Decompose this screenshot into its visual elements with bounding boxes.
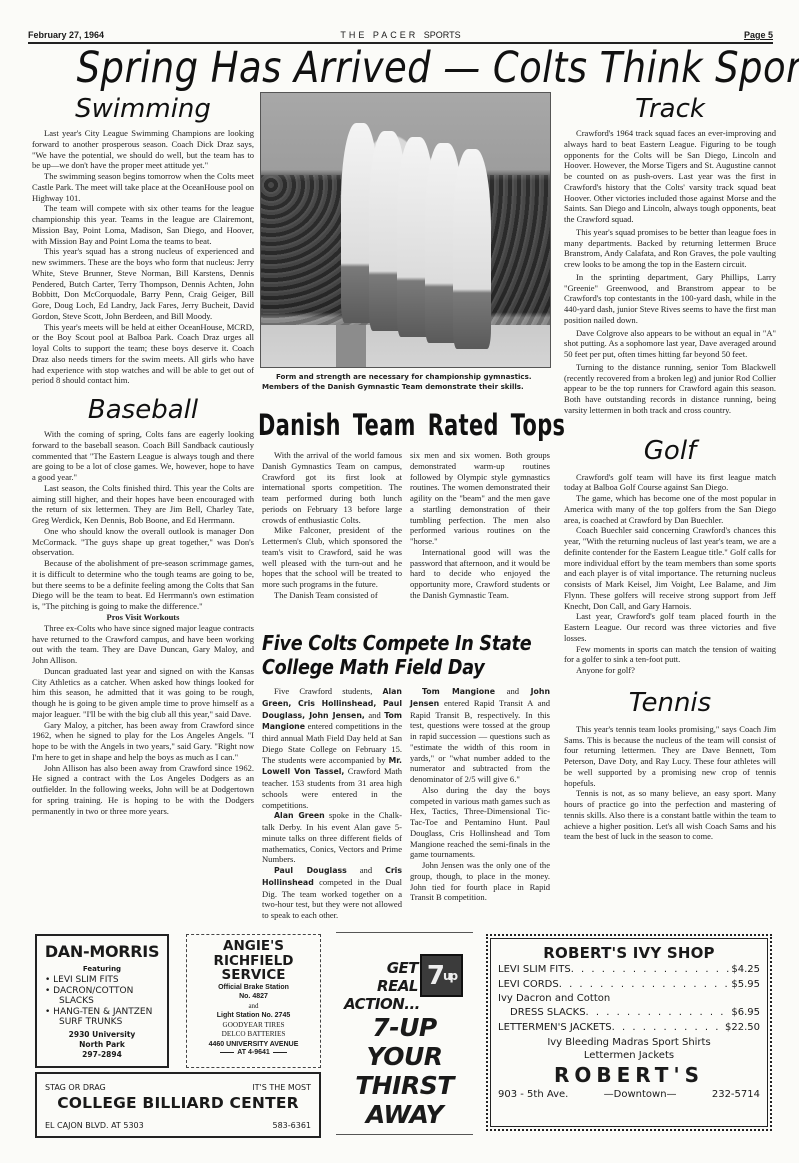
paragraph: Turning to the distance running, senior … <box>564 362 776 416</box>
math-headline: Five Colts Compete In State College Math… <box>262 631 522 679</box>
ad-item: DACRON/COTTONSLACKS <box>45 986 167 1007</box>
paragraph: The swimming season begins tomorrow when… <box>32 171 254 203</box>
ad-title: ANGIE'S RICHFIELD SERVICE <box>187 939 320 983</box>
item-label: LETTERMEN'S JACKETS <box>498 1020 612 1035</box>
address-line: 2930 University <box>37 1030 167 1040</box>
leader-dots <box>571 962 732 977</box>
text: Five Crawford students, <box>274 686 382 696</box>
gymnastics-photo <box>260 92 551 368</box>
item-price: $22.50 <box>725 1020 760 1035</box>
ad-title: DAN-MORRIS <box>37 942 167 961</box>
paper-title: THE PACER <box>340 30 418 40</box>
7up-logo-icon: 7up <box>420 954 463 997</box>
ad-phone-row: AT 4-9641 <box>187 1049 320 1056</box>
ad-title: COLLEGE BILLIARD CENTER <box>37 1094 319 1112</box>
leader-dots <box>612 1020 725 1035</box>
item-price: $4.25 <box>731 962 760 977</box>
ad-title-line: RICHFIELD <box>187 954 320 969</box>
math-col-1: Five Crawford students, Alan Green, Cris… <box>262 686 402 921</box>
slogan-line: THIRST <box>336 1071 473 1100</box>
paragraph: John Jensen was the only one of the grou… <box>410 860 550 903</box>
ad-footer: 903 - 5th Ave. —Downtown— 232-5714 <box>498 1088 760 1101</box>
paragraph: Few moments in sports can match the tens… <box>564 644 776 666</box>
ad-text: GOODYEAR TIRES <box>187 1021 320 1031</box>
logo-number: 7 <box>427 961 443 991</box>
ad-item-label: DACRON/COTTON <box>53 986 133 996</box>
track-article: Crawford's 1964 track squad faces an eve… <box>564 128 776 416</box>
ad-address: EL CAJON BLVD. AT 5303 <box>45 1121 144 1130</box>
photo-caption: Form and strength are necessary for cham… <box>262 372 550 391</box>
paragraph: Gary Maloy, a pitcher, has been away fro… <box>32 720 254 763</box>
right-column: Track Crawford's 1964 track squad faces … <box>564 94 776 842</box>
leader-dots <box>586 1005 732 1020</box>
ad-text: Ivy Dacron and Cotton <box>498 992 760 1005</box>
paragraph: In the sprinting department, Gary Philli… <box>564 272 776 326</box>
item-label: DRESS SLACKS <box>510 1005 586 1020</box>
ad-address: 4460 UNIVERSITY AVENUE <box>187 1040 320 1050</box>
ad-text: STAG OR DRAG <box>45 1083 106 1092</box>
tennis-heading: Tennis <box>564 688 776 718</box>
ad-title: ROBERT'S IVY SHOP <box>498 944 760 962</box>
paragraph: Three ex-Colts who have since signed maj… <box>32 623 254 666</box>
ad-phone: 297-2894 <box>37 1050 167 1060</box>
paragraph: Tennis is not, as so many believe, an ea… <box>564 788 776 842</box>
item-price: $6.95 <box>731 1005 760 1020</box>
price-row: DRESS SLACKS$6.95 <box>498 1005 760 1020</box>
danish-col-1: With the arrival of the world famous Dan… <box>262 450 402 601</box>
swimming-heading: Swimming <box>32 94 254 124</box>
ad-7up: GET REAL ACTION... 7up 7-UP YOUR THIRST … <box>336 932 473 1135</box>
ad-phone: 583-6361 <box>272 1121 311 1130</box>
ad-text: DELCO BATTERIES <box>187 1030 320 1040</box>
baseball-subheading: Pros Visit Workouts <box>32 612 254 623</box>
student-name: Tom Mangione <box>422 687 495 696</box>
math-headline-line1: Five Colts Compete In State <box>262 631 522 655</box>
ad-title-line: SERVICE <box>187 968 320 983</box>
paragraph: Last year, Crawford's golf team placed f… <box>564 611 776 643</box>
ad-brand: ROBERT'S <box>498 1062 760 1088</box>
paragraph: six men and six women. Both groups demon… <box>410 450 550 547</box>
tennis-article: This year's tennis team looks promising,… <box>564 724 776 842</box>
ad-text: IT'S THE MOST <box>252 1083 311 1092</box>
page-number: Page 5 <box>744 30 773 40</box>
leader-dots <box>559 977 732 992</box>
paragraph: Duncan graduated last year and signed on… <box>32 666 254 720</box>
paragraph: Mike Falconer, president of the Letterme… <box>262 525 402 590</box>
main-headline: Spring Has Arrived — Colts Think Sports <box>77 44 724 92</box>
paragraph: Five Crawford students, Alan Green, Cris… <box>262 686 402 810</box>
section-name: SPORTS <box>424 30 461 40</box>
text: entered Rapid Transit A and Rapid Transi… <box>410 698 550 784</box>
ad-tagline-line: GET REAL <box>344 959 418 995</box>
paragraph: Also during the day the boys competed in… <box>410 785 550 860</box>
math-headline-line2: College Math Field Day <box>262 655 522 679</box>
ad-college-billiard: STAG OR DRAG IT'S THE MOST COLLEGE BILLI… <box>35 1072 321 1138</box>
paragraph: This year's squad promises to be better … <box>564 227 776 270</box>
paragraph: Paul Douglass and Cris Hollinshead compe… <box>262 865 402 921</box>
price-row: LEVI SLIM FITS$4.25 <box>498 962 760 977</box>
paragraph: With the arrival of the world famous Dan… <box>262 450 402 525</box>
ad-phone: 232-5714 <box>712 1088 760 1101</box>
paragraph: John Allison has also been away from Cra… <box>32 763 254 817</box>
price-row: LEVI CORDS$5.95 <box>498 977 760 992</box>
danish-col-2: six men and six women. Both groups demon… <box>410 450 550 601</box>
text: and <box>495 686 531 696</box>
ad-text: and <box>187 1002 320 1012</box>
paragraph: Crawford's golf team will have its first… <box>564 472 776 494</box>
paragraph: Because of the abolishment of pre-season… <box>32 558 254 612</box>
slogan-line: YOUR <box>336 1042 473 1071</box>
baseball-article: With the coming of spring, Colts fans ar… <box>32 429 254 816</box>
address-line: North Park <box>37 1040 167 1050</box>
ad-item-label: SLACKS <box>45 996 167 1007</box>
ad-title-line: ANGIE'S <box>187 939 320 954</box>
baseball-heading: Baseball <box>32 395 254 425</box>
ad-dan-morris: DAN-MORRIS Featuring LEVI SLIM FITS DACR… <box>35 934 169 1068</box>
logo-text: up <box>443 969 456 983</box>
left-column: Swimming Last year's City League Swimmin… <box>32 94 254 816</box>
paragraph: Dave Colgrove also appears to be without… <box>564 328 776 360</box>
student-name: Alan Green <box>274 811 325 820</box>
paragraph: Last year's City League Swimming Champio… <box>32 128 254 171</box>
item-price: $5.95 <box>731 977 760 992</box>
ad-slogan: 7-UP YOUR THIRST AWAY <box>336 1013 473 1129</box>
ad-item-label: LEVI SLIM FITS <box>53 975 118 985</box>
text: and <box>347 865 385 875</box>
ad-address: 2930 University North Park 297-2894 <box>37 1030 167 1060</box>
item-label: LEVI SLIM FITS <box>498 962 571 977</box>
ad-text: Official Brake Station <box>187 983 320 993</box>
gymnast-figure <box>453 149 491 349</box>
paragraph: Coach Buechler said concerning Crawford'… <box>564 525 776 611</box>
ad-text: No. 4827 <box>187 992 320 1002</box>
ad-angies-richfield: ANGIE'S RICHFIELD SERVICE Official Brake… <box>186 934 321 1068</box>
paragraph: This year's tennis team looks promising,… <box>564 724 776 789</box>
paragraph: This year's meets will be held at either… <box>32 322 254 387</box>
paragraph: With the coming of spring, Colts fans ar… <box>32 429 254 483</box>
math-col-2: Tom Mangione and John Jensen entered Rap… <box>410 686 550 903</box>
paragraph: Last season, the Colts finished third. T… <box>32 483 254 526</box>
ad-item: LEVI SLIM FITS <box>45 975 167 986</box>
masthead: February 27, 1964 THE PACER SPORTS Page … <box>28 30 773 44</box>
ad-address: 903 - 5th Ave. <box>498 1088 568 1101</box>
text: and <box>365 710 384 720</box>
danish-headline-text: Danish Team Rated Tops <box>258 408 565 442</box>
ad-text: Ivy Bleeding Madras Sport Shirts <box>498 1035 760 1050</box>
student-name: Paul Douglass <box>274 866 347 875</box>
ad-item: HANG-TEN & JANTZENSURF TRUNKS <box>45 1007 167 1028</box>
golf-heading: Golf <box>564 436 776 466</box>
ad-item-label: HANG-TEN & JANTZEN <box>53 1007 152 1017</box>
slogan-line: AWAY <box>336 1100 473 1129</box>
danish-headline: Danish Team Rated Tops <box>258 408 470 442</box>
ad-roberts-ivy-shop: ROBERT'S IVY SHOP LEVI SLIM FITS$4.25 LE… <box>486 934 772 1131</box>
paragraph: The team will compete with six other tea… <box>32 203 254 246</box>
divider <box>220 1052 234 1053</box>
ad-text: Lettermen Jackets <box>498 1050 760 1062</box>
slogan-line: 7-UP <box>336 1013 473 1042</box>
paragraph: This year's squad has a strong nucleus o… <box>32 246 254 321</box>
ad-featuring: Featuring <box>37 965 167 973</box>
ad-area: —Downtown— <box>604 1088 677 1101</box>
ad-phone: AT 4-9641 <box>237 1049 270 1056</box>
paragraph: The Danish Team consisted of <box>262 590 402 601</box>
paper-name: THE PACER SPORTS <box>28 30 773 40</box>
paragraph: Crawford's 1964 track squad faces an eve… <box>564 128 776 225</box>
paragraph: Anyone for golf? <box>564 665 776 676</box>
paragraph: The game, which has become one of the mo… <box>564 493 776 525</box>
ad-tagline: GET REAL ACTION... <box>344 959 418 1013</box>
paragraph: Tom Mangione and John Jensen entered Rap… <box>410 686 550 785</box>
ad-text: Light Station No. 2745 <box>187 1011 320 1021</box>
swimming-article: Last year's City League Swimming Champio… <box>32 128 254 386</box>
golf-article: Crawford's golf team will have its first… <box>564 472 776 676</box>
paragraph: Alan Green spoke in the Chalk-talk Derby… <box>262 810 402 865</box>
paragraph: International good will was the password… <box>410 547 550 601</box>
price-row: LETTERMEN'S JACKETS$22.50 <box>498 1020 760 1035</box>
item-label: LEVI CORDS <box>498 977 559 992</box>
track-heading: Track <box>564 94 776 124</box>
paragraph: One who should know the overall outlook … <box>32 526 254 558</box>
ad-item-list: LEVI SLIM FITS DACRON/COTTONSLACKS HANG-… <box>45 975 167 1028</box>
mat-image <box>336 325 366 368</box>
ad-tagline-line: ACTION... <box>344 995 418 1013</box>
divider <box>273 1052 287 1053</box>
ad-item-label: SURF TRUNKS <box>45 1017 167 1028</box>
